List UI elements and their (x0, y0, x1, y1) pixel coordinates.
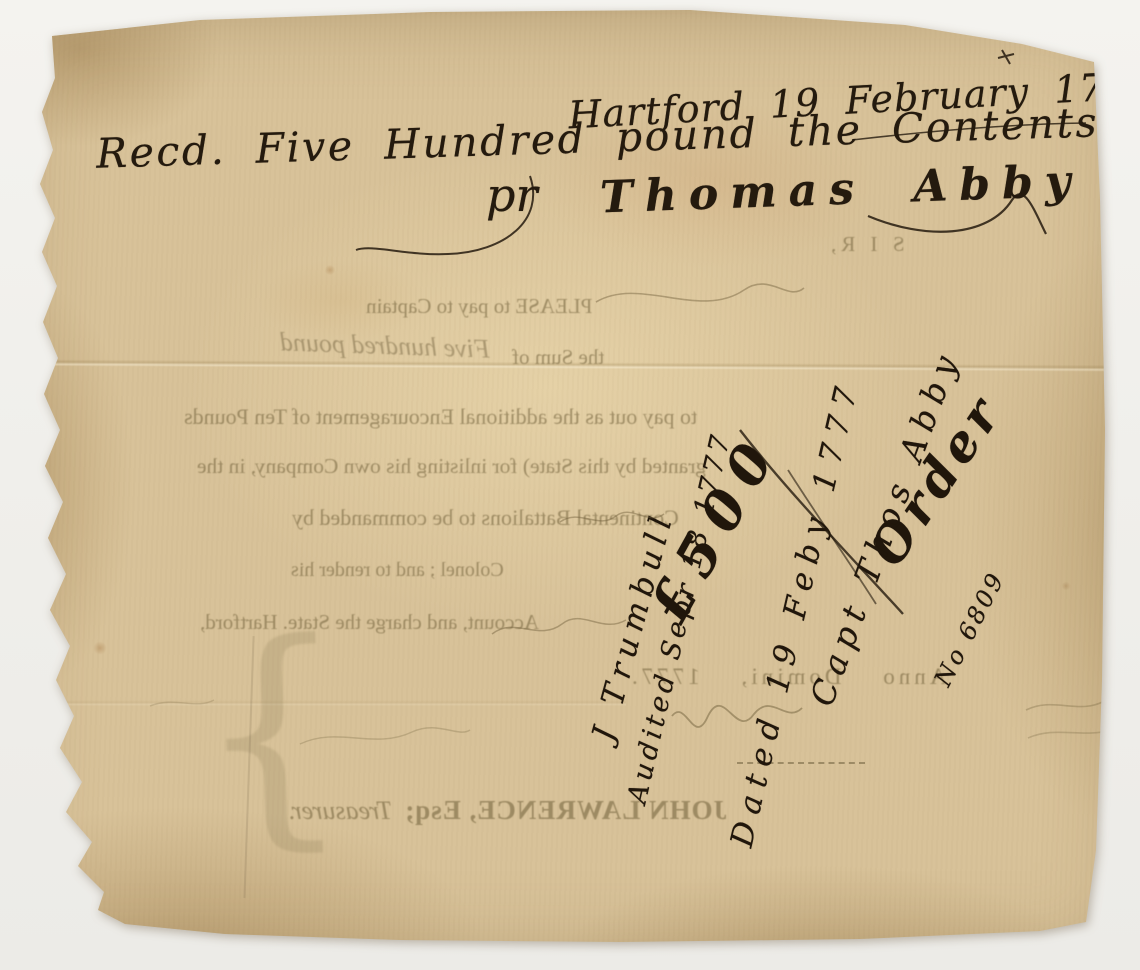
bleed-purpose-line-2: granted by this State) for inlisting his… (197, 454, 706, 479)
bleed-colonel-line: Colonel ; and to render his (291, 559, 504, 582)
bleed-salutation: S I R, (826, 232, 904, 257)
bleed-treasurer-name: JOHN LAWRENCE, Esq; (404, 795, 727, 825)
bleed-bottom-right-squiggle-2 (1028, 726, 1120, 738)
bleed-bottom-right-squiggle-1 (1026, 700, 1106, 710)
bleed-pay-line: PLEASE to pay to Captain (366, 294, 592, 319)
bleed-treasurer-line: JOHN LAWRENCE, Esq;Treasurer. (288, 795, 727, 826)
corner-ink-mark (998, 50, 1014, 64)
docket-number: No 6809 (931, 568, 1009, 690)
bleed-captain-name-squiggle (596, 284, 804, 302)
bleed-purpose-line-3: Continental Battalions to be commanded b… (292, 505, 679, 531)
scan-background: S I R, PLEASE to pay to Captain the Sum … (0, 0, 1140, 970)
bleed-brace-mark: } (191, 597, 353, 866)
handwritten-signature-thomas-abby: Thomas Abby (599, 156, 1083, 224)
paper-sheet: S I R, PLEASE to pay to Captain the Sum … (0, 0, 1140, 970)
paper-wrapper: S I R, PLEASE to pay to Captain the Sum … (0, 0, 1140, 970)
bleed-sum-fill-handwriting: Five hundred pound (280, 327, 491, 364)
bleed-purpose-line-1: to pay out as the additional Encourageme… (184, 404, 697, 430)
handwritten-per-mark: pr (486, 168, 537, 222)
bleed-sum-line: the Sum of (512, 345, 604, 370)
